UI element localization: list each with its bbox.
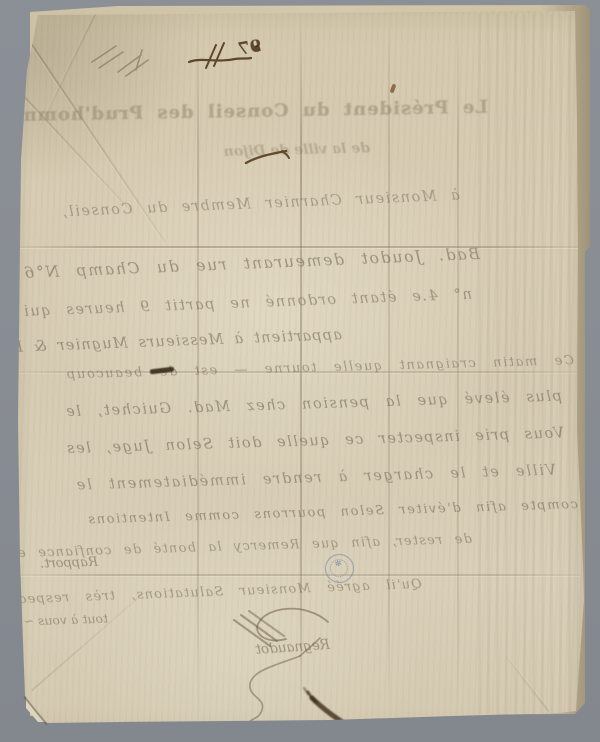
- letter-verso-paper: Le Président du Conseil des Prud'hommes …: [0, 0, 600, 742]
- ink-smudge: [298, 688, 362, 734]
- horizontal-fold-crease: [20, 246, 578, 248]
- pencil-hatch-marks: [86, 40, 156, 82]
- handwriting-line: tout à vous ~: [30, 611, 108, 629]
- handwriting-line: Rapport.: [28, 555, 98, 572]
- horizontal-fold-crease: [20, 574, 580, 576]
- scanned-photograph: { "photo_background": { "color": "#898d9…: [0, 0, 600, 742]
- ink-strokes: [183, 36, 275, 76]
- ink-fleck: [240, 146, 294, 170]
